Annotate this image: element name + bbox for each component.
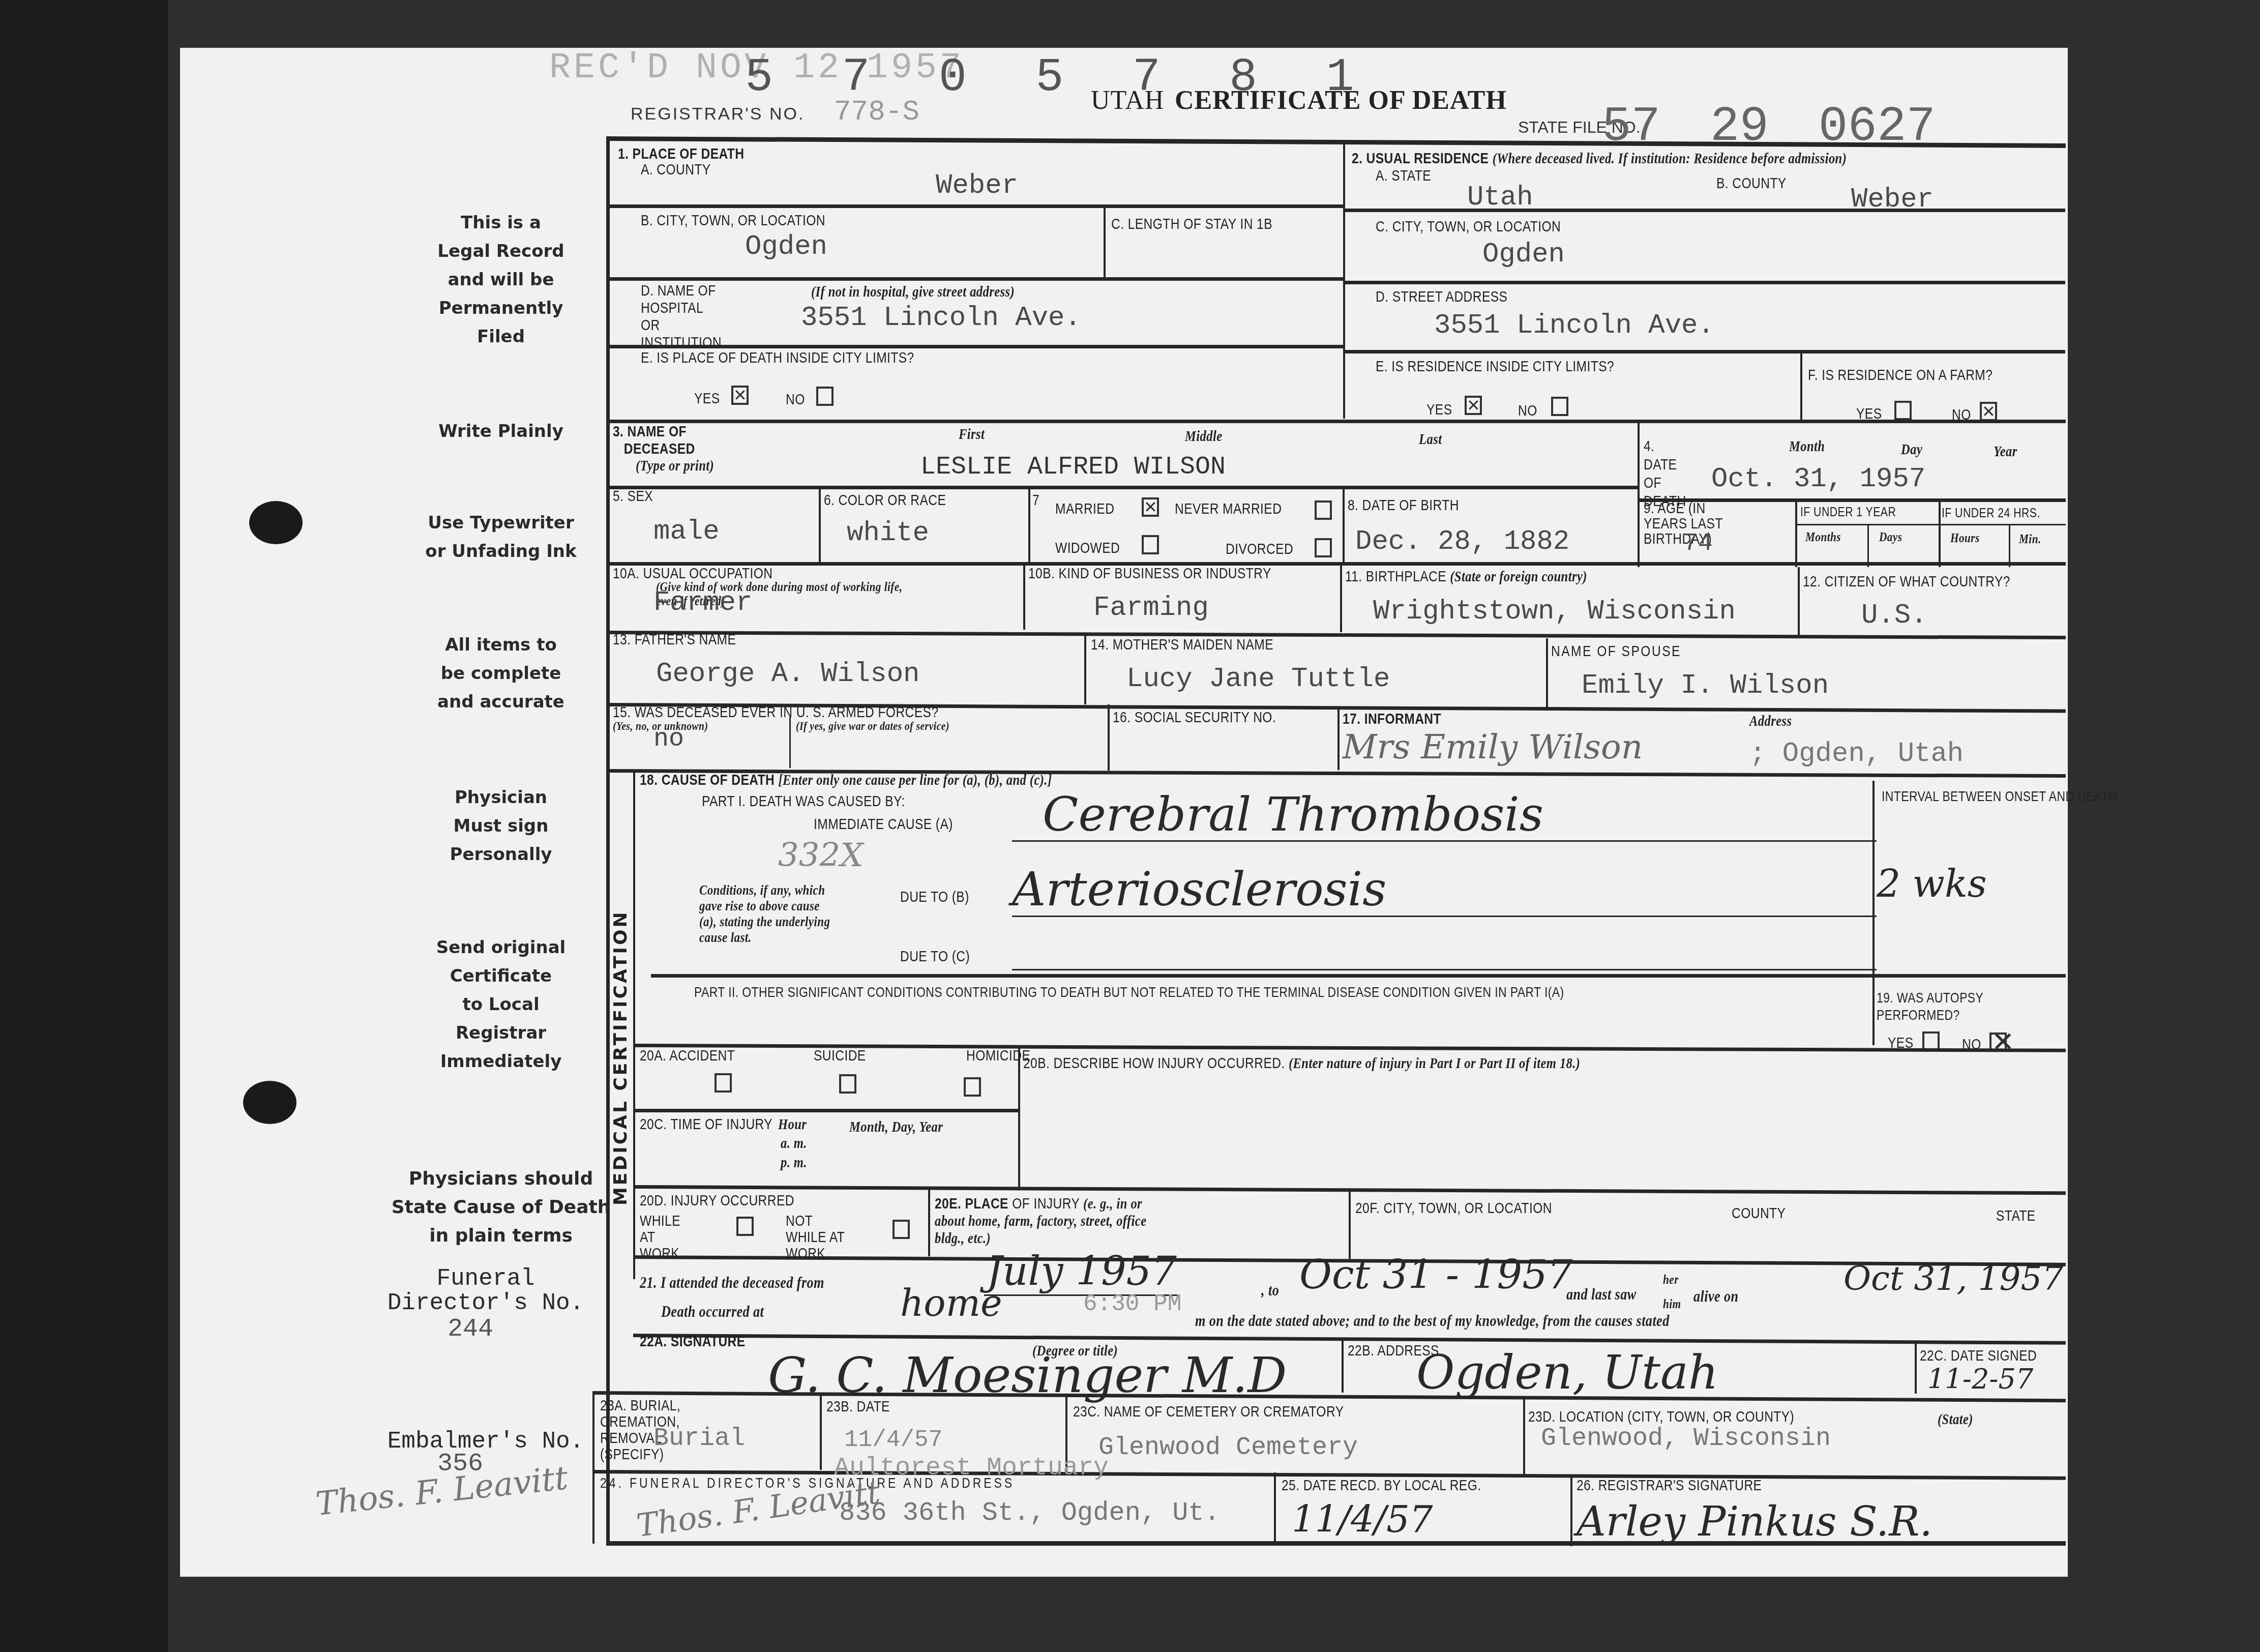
label-last-saw: and last saw <box>1566 1286 1637 1302</box>
embalmer-no-label: Embalmer's No. <box>374 1429 598 1454</box>
label-industry: 10b. KIND OF BUSINESS OR INDUSTRY <box>1028 566 1271 582</box>
divider <box>1108 704 1110 771</box>
label-yes: YES <box>694 391 720 407</box>
burial-location-value: Glenwood, Wisconsin <box>1541 1424 1831 1453</box>
label-informant: 17. INFORMANT <box>1343 711 1441 727</box>
label-suicide: SUICIDE <box>814 1048 866 1064</box>
place-city-limits-yes-checkbox[interactable]: ✕ <box>731 386 749 405</box>
place-city-limits-no-checkbox[interactable] <box>816 387 834 406</box>
date-received-value: 11/4/57 <box>1292 1498 1433 1541</box>
label-cemetery: 23c. NAME OF CEMETERY OR CREMATORY <box>1073 1404 1344 1420</box>
label-year: Year <box>1994 444 2017 460</box>
occupation-value: Farmer <box>653 587 752 618</box>
not-while-at-work-checkbox[interactable] <box>893 1220 910 1239</box>
label-cause-of-death: 18. CAUSE OF DEATH [Enter only one cause… <box>640 772 1052 788</box>
divider <box>1349 1190 1351 1259</box>
cause-b-line <box>1012 916 1877 917</box>
hospital-hint: (If not in hospital, give street address… <box>811 284 1015 300</box>
label-min: Min. <box>2019 531 2041 547</box>
divider <box>1343 489 1345 566</box>
label-date-of-birth: 8. DATE OF BIRTH <box>1348 497 1459 514</box>
date-of-birth-value: Dec. 28, 1882 <box>1355 526 1569 557</box>
label-month-day-year: Month, Day, Year <box>849 1119 943 1135</box>
label-day: Day <box>1901 441 1922 458</box>
sex-value: male <box>653 516 720 547</box>
due-to-b-value: Arteriosclerosis <box>1012 862 1386 917</box>
label-race: 6. COLOR OR RACE <box>824 492 946 509</box>
divider <box>1867 524 1869 567</box>
label-part-1: PART I. DEATH WAS CAUSED BY: <box>702 793 905 810</box>
never-married-checkbox[interactable] <box>1315 500 1332 520</box>
label-attended-from: 21. I attended the deceased from <box>640 1274 824 1290</box>
label-place-of-injury: 20e. PLACE OF INJURY (e. g., in or about… <box>935 1195 1168 1247</box>
label-city: b. CITY, TOWN, OR LOCATION <box>641 213 825 229</box>
divider <box>1800 352 1802 423</box>
divider <box>1795 524 2066 525</box>
label-farm: f. IS RESIDENCE ON A FARM? <box>1808 367 1993 383</box>
label-death-occurred-at: Death occurred at <box>661 1303 764 1319</box>
industry-value: Farming <box>1093 593 1209 624</box>
divider <box>1343 350 2065 353</box>
divider <box>1523 1399 1525 1475</box>
margin-note-complete: All items to be complete and accurate <box>399 631 603 716</box>
label-under-1-year: IF UNDER 1 YEAR <box>1800 504 1896 520</box>
label-part-2: PART II. OTHER SIGNIFICANT CONDITIONS CO… <box>694 984 1564 1000</box>
divider <box>1023 564 1025 630</box>
burial-type-value: Burial <box>653 1424 745 1453</box>
divider <box>1018 1045 1020 1188</box>
label-yes: YES <box>1426 402 1452 418</box>
divider <box>1343 209 2065 212</box>
divider <box>608 562 2066 566</box>
label-immediate-cause: IMMEDIATE CAUSE (a) <box>814 816 953 833</box>
label-address: Address <box>1749 713 1792 729</box>
father-value: George A. Wilson <box>656 659 919 690</box>
cause-a-line <box>1012 840 1877 842</box>
label-while-at-work: WHILE AT WORK <box>640 1213 698 1262</box>
divider <box>820 1394 822 1470</box>
label-date-received: 25. DATE RECD. BY LOCAL REG. <box>1282 1478 1481 1494</box>
cause-c-line <box>1012 969 1877 970</box>
physician-address-value: Ogden, Utah <box>1416 1345 1718 1400</box>
label-hospital: d. NAME OF HOSPITAL OR INSTITUTION <box>641 282 724 351</box>
divider <box>608 277 1344 281</box>
divider <box>608 420 2066 423</box>
registrars-no-label: REGISTRAR'S NO. <box>631 104 805 124</box>
divider <box>2009 524 2010 567</box>
label-registrar-signature: 26. REGISTRAR'S SIGNATURE <box>1577 1478 1762 1494</box>
label-to: , to <box>1261 1282 1279 1298</box>
label-homicide: HOMICIDE <box>966 1048 1030 1064</box>
label-burial-date: 23b. DATE <box>826 1399 890 1415</box>
deceased-name-value: LESLIE ALFRED WILSON <box>920 453 1226 482</box>
label-street-address: d. STREET ADDRESS <box>1376 289 1507 305</box>
divider <box>1915 1343 1917 1394</box>
margin-note-typewriter: Use Typewriter or Unfading Ink <box>399 509 603 566</box>
funeral-address-value: 836 36th St., Ogden, Ut. <box>839 1498 1220 1528</box>
page-title: CERTIFICATE OF DEATH <box>1175 85 1507 115</box>
divider <box>1084 633 1086 704</box>
label-name-of-deceased: 3. NAME OF DECEASED <box>613 423 695 458</box>
birthplace-value: Wrightstown, Wisconsin <box>1373 596 1736 627</box>
divider <box>592 1391 594 1544</box>
residence-city-value: Ogden <box>1482 239 1565 270</box>
residence-city-limits-yes-checkbox[interactable]: ✕ <box>1465 396 1482 415</box>
label-am: a. m. <box>781 1135 807 1152</box>
divider <box>651 974 2066 978</box>
attendance-statement: m on the date stated above; and to the b… <box>1195 1312 1670 1329</box>
label-burial-location: 23d. LOCATION (City, town, or county) <box>1528 1409 1794 1425</box>
label-length-of-stay: c. LENGTH OF STAY IN 1b <box>1111 216 1272 232</box>
label-her: her <box>1663 1272 1679 1288</box>
label-spouse: NAME OF SPOUSE <box>1551 643 1681 660</box>
margin-note-legal-record: This is a Legal Record and will be Perma… <box>399 209 603 351</box>
name-hint: (Type or print) <box>636 458 714 474</box>
date-of-death-value: Oct. 31, 1957 <box>1711 464 1925 495</box>
label-injury-occurred: 20d. INJURY OCCURRED <box>640 1193 794 1209</box>
label-describe-injury: 20b. DESCRIBE HOW INJURY OCCURRED. (Ente… <box>1023 1055 1580 1072</box>
label-residence-city: c. CITY, TOWN, OR LOCATION <box>1376 219 1561 235</box>
label-residence-state: a. STATE <box>1376 168 1431 184</box>
date-signed-value: 11-2-57 <box>1927 1363 2033 1395</box>
divorced-checkbox[interactable] <box>1315 538 1332 557</box>
divider <box>1274 1472 1276 1544</box>
divider <box>1546 638 1548 707</box>
divider <box>1795 501 1797 567</box>
widowed-checkbox[interactable] <box>1142 535 1159 554</box>
label-alive-on: alive on <box>1693 1288 1739 1304</box>
cause-code: 332X <box>778 837 864 874</box>
label-due-to-b: DUE TO (b) <box>900 889 969 905</box>
label-months: Months <box>1805 529 1841 545</box>
divider <box>1337 708 1340 770</box>
label-injury-city: 20f. CITY, TOWN, OR LOCATION <box>1355 1200 1552 1217</box>
funeral-director-no-label: Funeral Director's No. <box>374 1266 598 1315</box>
divider <box>608 204 1344 208</box>
burial-date-value: 11/4/57 <box>844 1427 942 1453</box>
interval-b-value: 2 wks <box>1877 862 1987 906</box>
homicide-checkbox[interactable] <box>964 1077 981 1097</box>
title-prefix: UTAH <box>1091 85 1164 115</box>
label-last: Last <box>1419 431 1442 448</box>
place-city-value: Ogden <box>745 231 827 262</box>
divider <box>633 771 635 1279</box>
label-citizen: 12. CITIZEN OF WHAT COUNTRY? <box>1803 574 2010 590</box>
divider <box>1939 501 1941 567</box>
label-days: Days <box>1879 529 1902 545</box>
label-hours: Hours <box>1950 530 1980 546</box>
divider <box>1798 567 1800 636</box>
label-father: 13. FATHER'S NAME <box>613 632 736 648</box>
divider <box>633 1109 1019 1112</box>
alive-on-value: Oct 31, 1957 <box>1843 1259 2063 1298</box>
divider <box>1872 781 1875 1045</box>
label-month: Month <box>1789 438 1825 455</box>
label-widowed: WIDOWED <box>1055 540 1120 556</box>
funeral-director-no-value: 244 <box>448 1315 493 1344</box>
place-county-value: Weber <box>936 170 1018 201</box>
informant-value: Mrs Emily Wilson <box>1343 727 1643 766</box>
label-no: NO <box>1518 403 1537 419</box>
farm-yes-checkbox[interactable] <box>1894 401 1912 420</box>
label-usual-residence: 2. USUAL RESIDENCE (Where deceased lived… <box>1352 151 1847 167</box>
farm-no-checkbox[interactable]: ✕ <box>1980 402 1997 421</box>
death-place-value: home <box>900 1282 1002 1324</box>
label-married: MARRIED <box>1055 501 1114 517</box>
marital-number: 7 <box>1032 492 1039 509</box>
label-injury-state: STATE <box>1996 1208 2036 1224</box>
divider <box>1340 564 1342 632</box>
attended-to-value: Oct 31 - 1957 <box>1299 1252 1572 1298</box>
race-value: white <box>847 518 929 549</box>
label-county: a. COUNTY <box>641 162 711 178</box>
label-pm: p. m. <box>781 1155 807 1171</box>
suicide-checkbox[interactable] <box>839 1074 856 1094</box>
label-signature: 22a. SIGNATURE <box>640 1334 746 1350</box>
age-value: 74 <box>1683 530 1713 557</box>
accident-checkbox[interactable] <box>715 1073 732 1093</box>
attended-from-value: July 1957 <box>987 1249 1177 1294</box>
divider <box>608 345 1344 348</box>
residence-street-value: 3551 Lincoln Ave. <box>1434 310 1714 341</box>
label-accident: 20a. ACCIDENT <box>640 1048 735 1064</box>
divider <box>608 486 1638 489</box>
label-date-signed: 22c. DATE SIGNED <box>1920 1348 2037 1364</box>
citizen-value: U.S. <box>1861 600 1927 631</box>
cemetery-value: Glenwood Cemetery <box>1098 1433 1358 1462</box>
label-time-of-injury: 20c. TIME OF INJURY <box>640 1116 772 1133</box>
label-burial-state: (State) <box>1938 1411 1973 1428</box>
label-first: First <box>959 426 985 442</box>
margin-note-write-plainly: Write Plainly <box>399 417 603 446</box>
spouse-value: Emily I. Wilson <box>1582 670 1829 701</box>
registrars-no-value: 778-S <box>834 96 919 128</box>
registrar-signature: Arley Pinkus S.R. <box>1577 1498 1932 1545</box>
informant-address-value: ; Ogden, Utah <box>1749 739 1964 770</box>
married-checkbox[interactable]: ✕ <box>1142 497 1159 517</box>
punch-hole <box>243 1081 296 1124</box>
mother-value: Lucy Jane Tuttle <box>1126 664 1390 695</box>
divider <box>928 1188 930 1256</box>
divider <box>1342 1338 1344 1393</box>
label-ssn: 16. SOCIAL SECURITY NO. <box>1113 710 1276 726</box>
binder-strip <box>0 0 168 1652</box>
label-birthplace: 11. BIRTHPLACE (State or foreign country… <box>1345 569 1587 585</box>
label-divorced: DIVORCED <box>1226 541 1293 557</box>
label-residence-city-limits: e. IS RESIDENCE INSIDE CITY LIMITS? <box>1376 359 1614 375</box>
label-middle: Middle <box>1185 428 1223 445</box>
medical-certification-label: MEDICAL CERTIFICATION <box>610 910 631 1205</box>
death-time-value: 6:30 PM <box>1083 1291 1181 1317</box>
label-injury-county: COUNTY <box>1732 1205 1786 1222</box>
label-never-married: NEVER MARRIED <box>1175 501 1282 517</box>
divider <box>1638 422 1640 567</box>
margin-note-send-original: Send original Certificate to Local Regis… <box>399 933 603 1076</box>
label-autopsy: 19. WAS AUTOPSY PERFORMED? <box>1877 989 2014 1024</box>
label-under-24-hours: IF UNDER 24 HRS. <box>1942 505 2040 521</box>
divider <box>819 487 821 564</box>
armed-forces-value: no <box>653 725 684 754</box>
label-residence-county: b. COUNTY <box>1716 175 1787 192</box>
punch-hole <box>249 501 303 544</box>
label-mother: 14. MOTHER'S MAIDEN NAME <box>1091 637 1273 653</box>
label-not-while-at-work: NOT WHILE AT WORK <box>786 1213 848 1262</box>
label-sex: 5. SEX <box>613 488 653 505</box>
conditions-hint: Conditions, if any, which gave rise to a… <box>699 882 837 946</box>
label-him: him <box>1663 1296 1681 1312</box>
armed-forces-hint-2: (If yes, give war or dates of service) <box>796 718 949 734</box>
margin-note-physician-sign: Physician Must sign Personally <box>399 783 603 869</box>
margin-note-cause-plain-terms: Physicians should State Cause of Death i… <box>379 1165 623 1250</box>
while-at-work-checkbox[interactable] <box>736 1217 754 1236</box>
hospital-value: 3551 Lincoln Ave. <box>801 303 1081 334</box>
label-place-of-death: 1. PLACE OF DEATH <box>618 146 744 162</box>
label-no: NO <box>786 392 805 408</box>
divider <box>1570 1475 1572 1546</box>
divider <box>1028 487 1030 564</box>
label-due-to-c: DUE TO (c) <box>900 949 970 965</box>
divider <box>1104 206 1106 278</box>
divider <box>1343 281 2065 284</box>
label-city-limits: e. IS PLACE OF DEATH INSIDE CITY LIMITS? <box>641 350 914 366</box>
label-interval: INTERVAL BETWEEN ONSET AND DEATH <box>1882 788 2117 805</box>
immediate-cause-value: Cerebral Thrombosis <box>1043 787 1543 842</box>
residence-city-limits-no-checkbox[interactable] <box>1551 397 1568 416</box>
divider <box>789 717 791 768</box>
label-hour: Hour <box>778 1116 807 1133</box>
